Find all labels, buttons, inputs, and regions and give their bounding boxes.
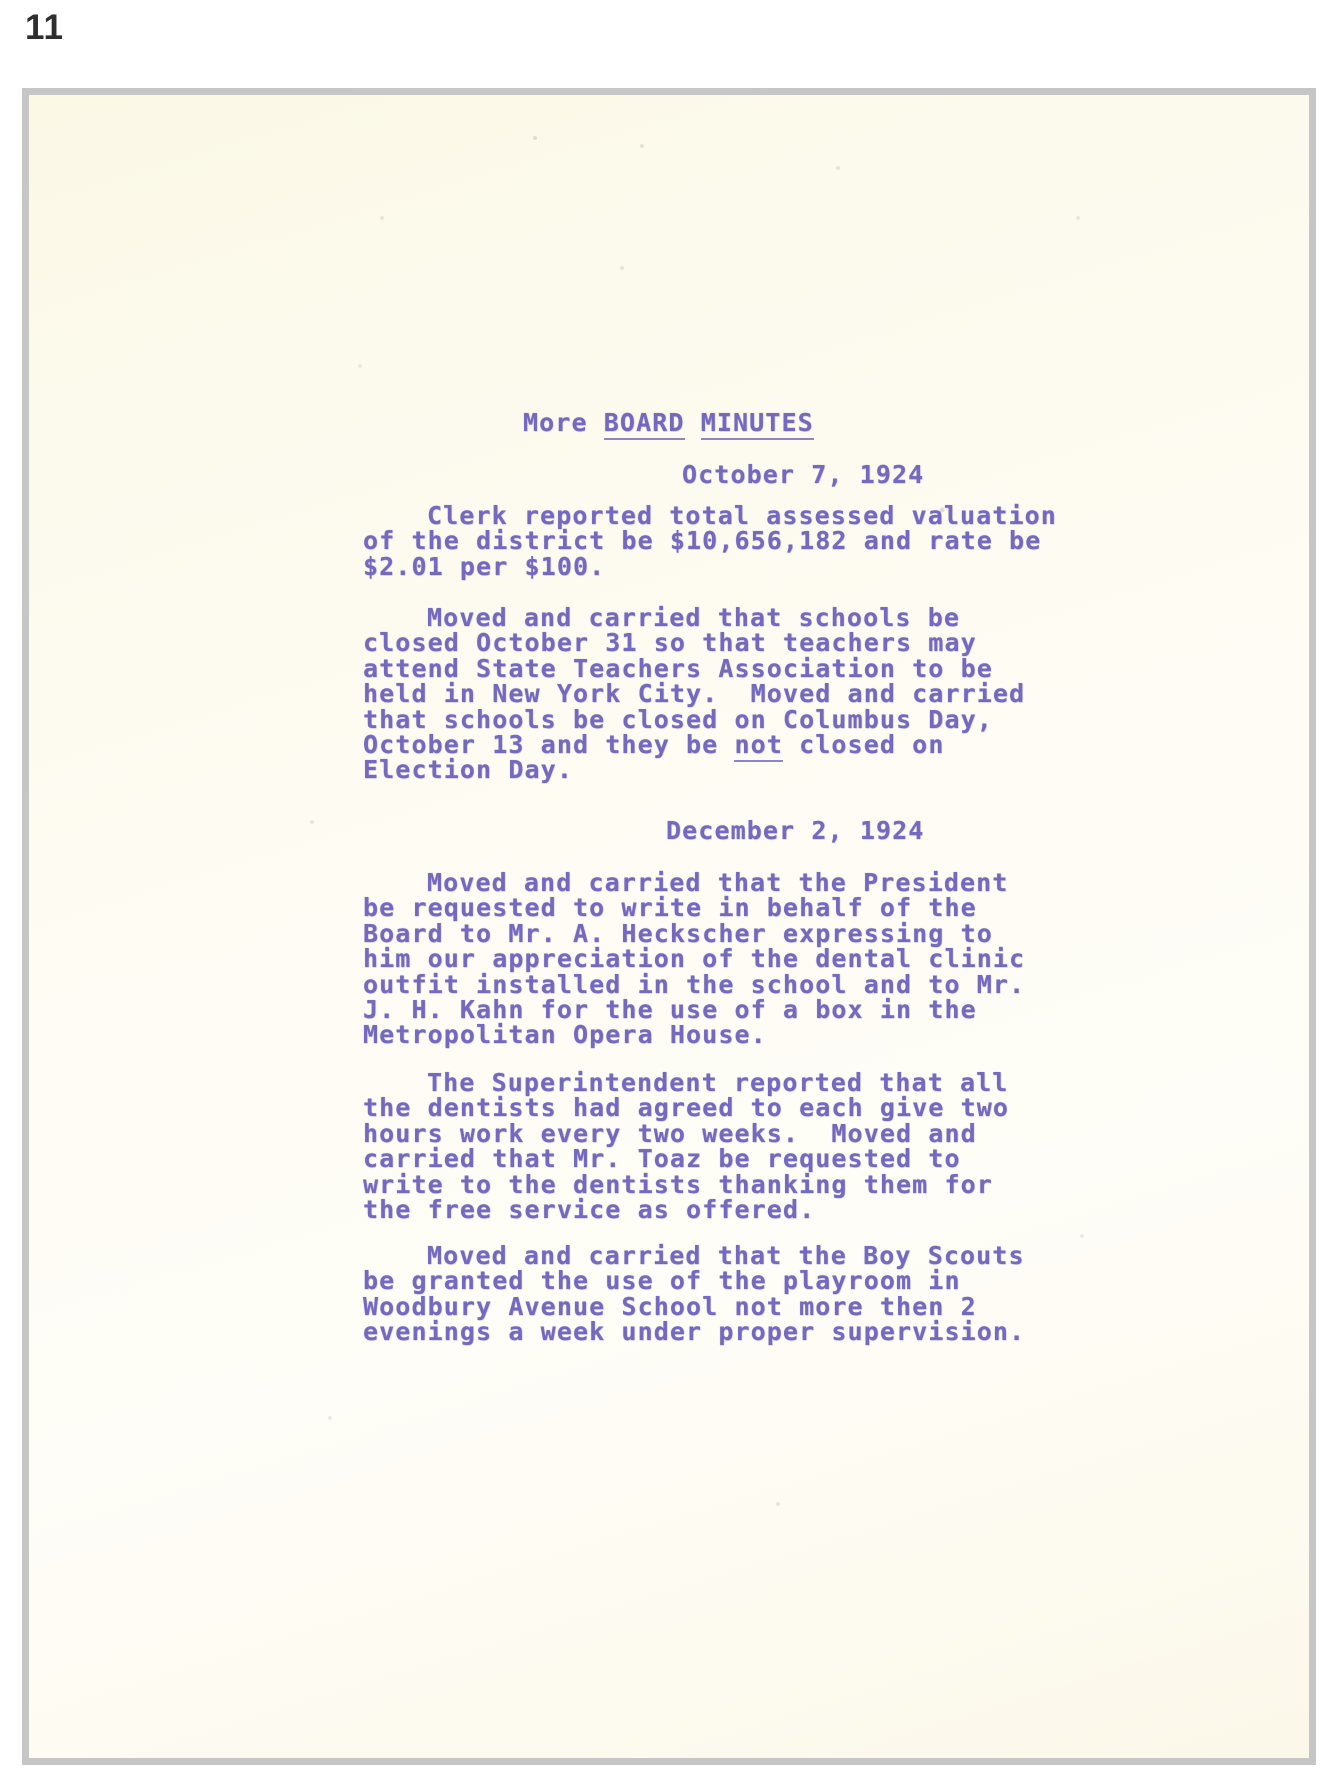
scanned-paper: More BOARD MINUTES October 7, 1924 Clerk… [22,88,1316,1765]
scanned-document-page: { "page_number": "11", "colors": { "ink"… [0,0,1343,1786]
text-line: Board to Mr. A. Heckscher expressing to [363,921,1025,946]
text-line: held in New York City. Moved and carried [363,681,1025,706]
text-line: carried that Mr. Toaz be requested to [363,1146,1009,1171]
text-line: evenings a week under proper supervision… [363,1319,1025,1344]
text-line: outfit installed in the school and to Mr… [363,972,1025,997]
text-line: Metropolitan Opera House. [363,1022,1025,1047]
text-line: hours work every two weeks. Moved and [363,1121,1009,1146]
document-title: More BOARD MINUTES [523,410,814,435]
paragraph-dentists: The Superintendent reported that all the… [363,1070,1009,1222]
text-line: Moved and carried that the President [363,870,1025,895]
title-separator [685,408,701,437]
text-line: Woodbury Avenue School not more then 2 [363,1294,1025,1319]
scan-speckles [29,95,31,97]
text-line: Election Day. [363,757,1025,782]
text-line-with-underline: October 13 and they be not closed on [363,732,1025,757]
date-heading-december: December 2, 1924 [666,818,924,843]
date-heading-october: October 7, 1924 [682,462,924,487]
text-line: of the district be $10,656,182 and rate … [363,528,1057,553]
text-line: him our appreciation of the dental clini… [363,946,1025,971]
text-line: $2.01 per $100. [363,554,1057,579]
line-segment: closed on [783,730,945,759]
paragraph-boy-scouts: Moved and carried that the Boy Scouts be… [363,1243,1025,1345]
paragraph-school-closings: Moved and carried that schools be closed… [363,605,1025,783]
text-line: that schools be closed on Columbus Day, [363,707,1025,732]
text-line: J. H. Kahn for the use of a box in the [363,997,1025,1022]
text-line: attend State Teachers Association to be [363,656,1025,681]
page-number: 11 [25,8,64,48]
underlined-word-not: not [734,730,782,762]
text-line: Clerk reported total assessed valuation [363,503,1057,528]
paragraph-valuation: Clerk reported total assessed valuation … [363,503,1057,579]
text-line: closed October 31 so that teachers may [363,630,1025,655]
paragraph-president-letter: Moved and carried that the President be … [363,870,1025,1048]
text-line: write to the dentists thanking them for [363,1172,1009,1197]
text-line: be requested to write in behalf of the [363,895,1025,920]
text-line: the free service as offered. [363,1197,1009,1222]
text-line: be granted the use of the playroom in [363,1268,1025,1293]
title-underlined-word: MINUTES [701,408,814,440]
text-line: Moved and carried that the Boy Scouts [363,1243,1025,1268]
title-prefix: More [523,408,604,437]
text-line: Moved and carried that schools be [363,605,1025,630]
title-underlined-word: BOARD [604,408,685,440]
text-line: The Superintendent reported that all [363,1070,1009,1095]
text-line: the dentists had agreed to each give two [363,1095,1009,1120]
